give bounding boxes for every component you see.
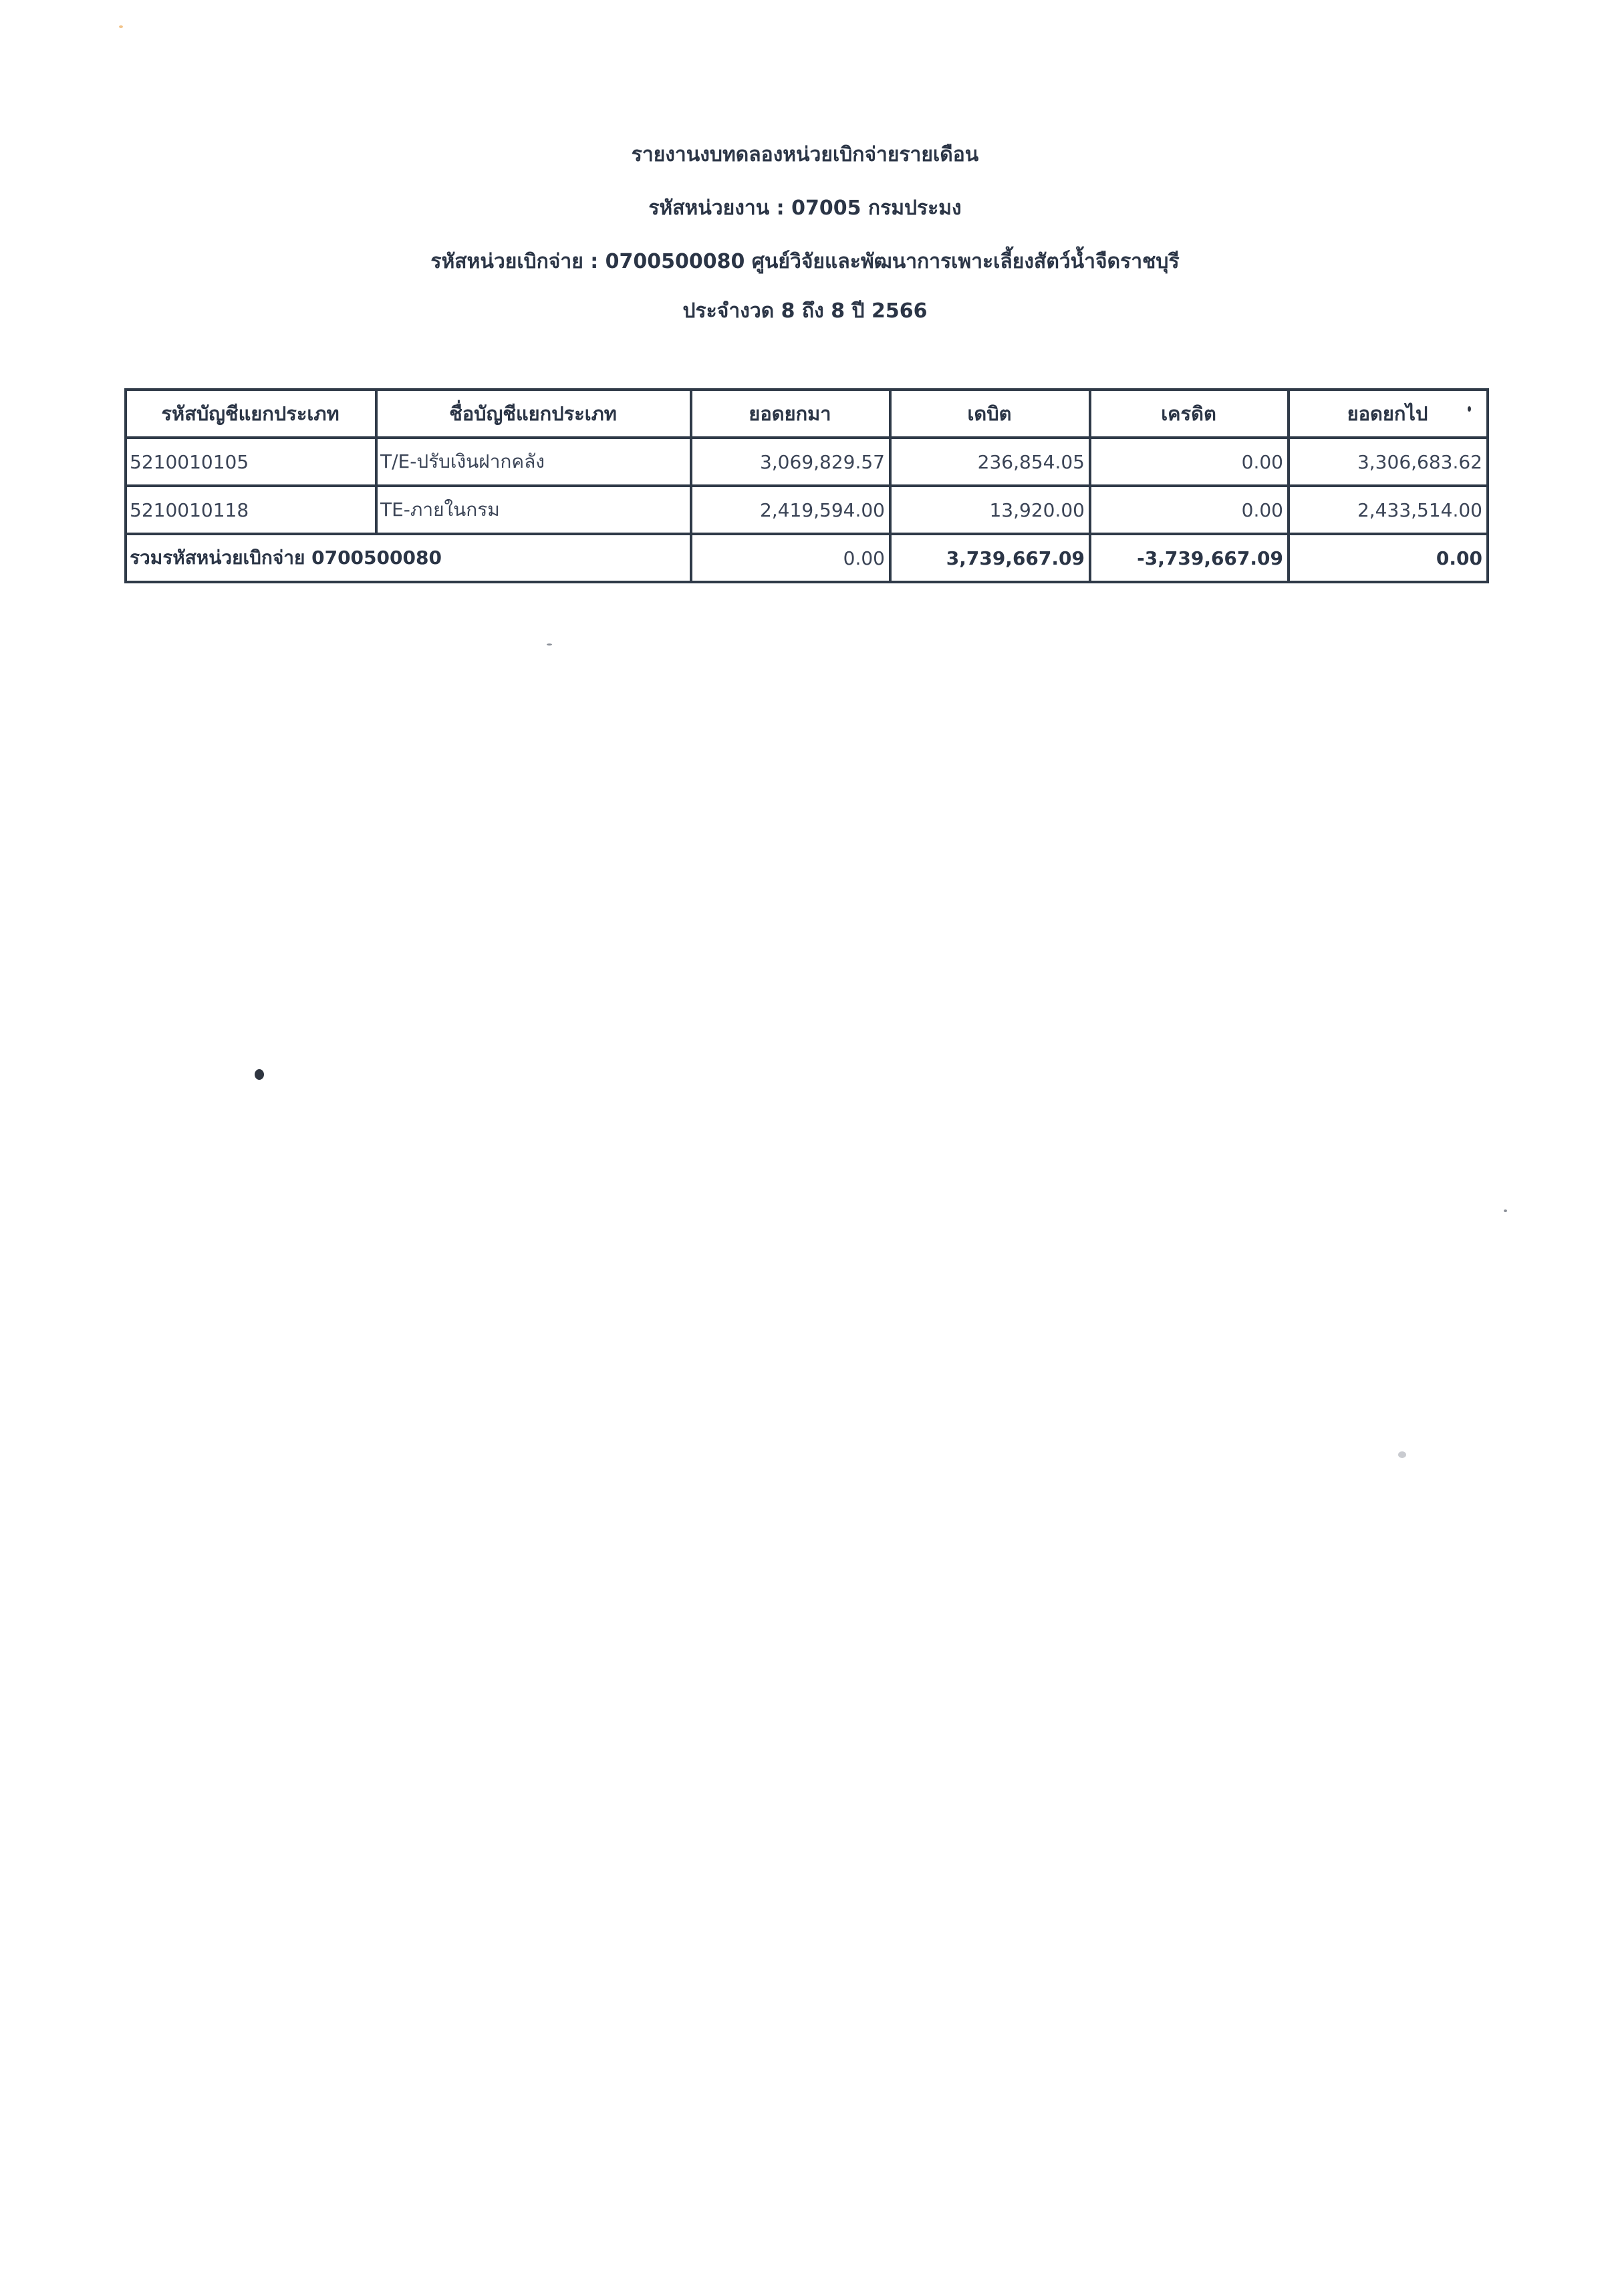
disbursing-unit-line: รหัสหน่วยเบิกจ่าย : 0700500080 ศูนย์วิจั… xyxy=(0,249,1610,275)
brought-forward-cell: 3,069,829.57 xyxy=(691,438,890,486)
report-title: รายงานงบทดลองหน่วยเบิกจ่ายรายเดือน xyxy=(0,142,1610,168)
total-debit: 3,739,667.09 xyxy=(890,534,1090,582)
credit-cell: 0.00 xyxy=(1090,438,1289,486)
total-credit: -3,739,667.09 xyxy=(1090,534,1289,582)
header-credit: เครดิต xyxy=(1090,390,1289,438)
header-carried-forward: ยอดยกไป xyxy=(1289,390,1488,438)
header-account-code: รหัสบัญชีแยกประเภท xyxy=(126,390,376,438)
header-debit: เดบิต xyxy=(890,390,1090,438)
debit-cell: 236,854.05 xyxy=(890,438,1090,486)
table-header-row: รหัสบัญชีแยกประเภท ชื่อบัญชีแยกประเภท ยอ… xyxy=(126,390,1488,438)
table-row: 5210010105 T/E-ปรับเงินฝากคลัง 3,069,829… xyxy=(126,438,1488,486)
brought-forward-cell: 2,419,594.00 xyxy=(691,486,890,534)
account-code-cell: 5210010118 xyxy=(126,486,376,534)
account-code-cell: 5210010105 xyxy=(126,438,376,486)
scan-speck xyxy=(119,25,123,28)
scan-speck xyxy=(1468,406,1471,412)
account-name-cell: TE-ภายในกรม xyxy=(376,486,691,534)
total-label: รวมรหัสหน่วยเบิกจ่าย 0700500080 xyxy=(126,534,691,582)
carried-forward-cell: 2,433,514.00 xyxy=(1289,486,1488,534)
total-carried-forward: 0.00 xyxy=(1289,534,1488,582)
period-line: ประจำงวด 8 ถึง 8 ปี 2566 xyxy=(0,298,1610,325)
table-row: 5210010118 TE-ภายในกรม 2,419,594.00 13,9… xyxy=(126,486,1488,534)
agency-code-line: รหัสหน่วยงาน : 07005 กรมประมง xyxy=(0,195,1610,222)
header-account-name: ชื่อบัญชีแยกประเภท xyxy=(376,390,691,438)
credit-cell: 0.00 xyxy=(1090,486,1289,534)
trial-balance-table: รหัสบัญชีแยกประเภท ชื่อบัญชีแยกประเภท ยอ… xyxy=(124,388,1489,583)
scan-speck xyxy=(255,1069,264,1080)
total-brought-forward: 0.00 xyxy=(691,534,890,582)
scan-speck xyxy=(1504,1209,1507,1212)
header-brought-forward: ยอดยกมา xyxy=(691,390,890,438)
carried-forward-cell: 3,306,683.62 xyxy=(1289,438,1488,486)
scan-speck xyxy=(547,643,552,645)
total-row: รวมรหัสหน่วยเบิกจ่าย 0700500080 0.00 3,7… xyxy=(126,534,1488,582)
account-name-cell: T/E-ปรับเงินฝากคลัง xyxy=(376,438,691,486)
debit-cell: 13,920.00 xyxy=(890,486,1090,534)
scan-speck xyxy=(1398,1451,1406,1458)
